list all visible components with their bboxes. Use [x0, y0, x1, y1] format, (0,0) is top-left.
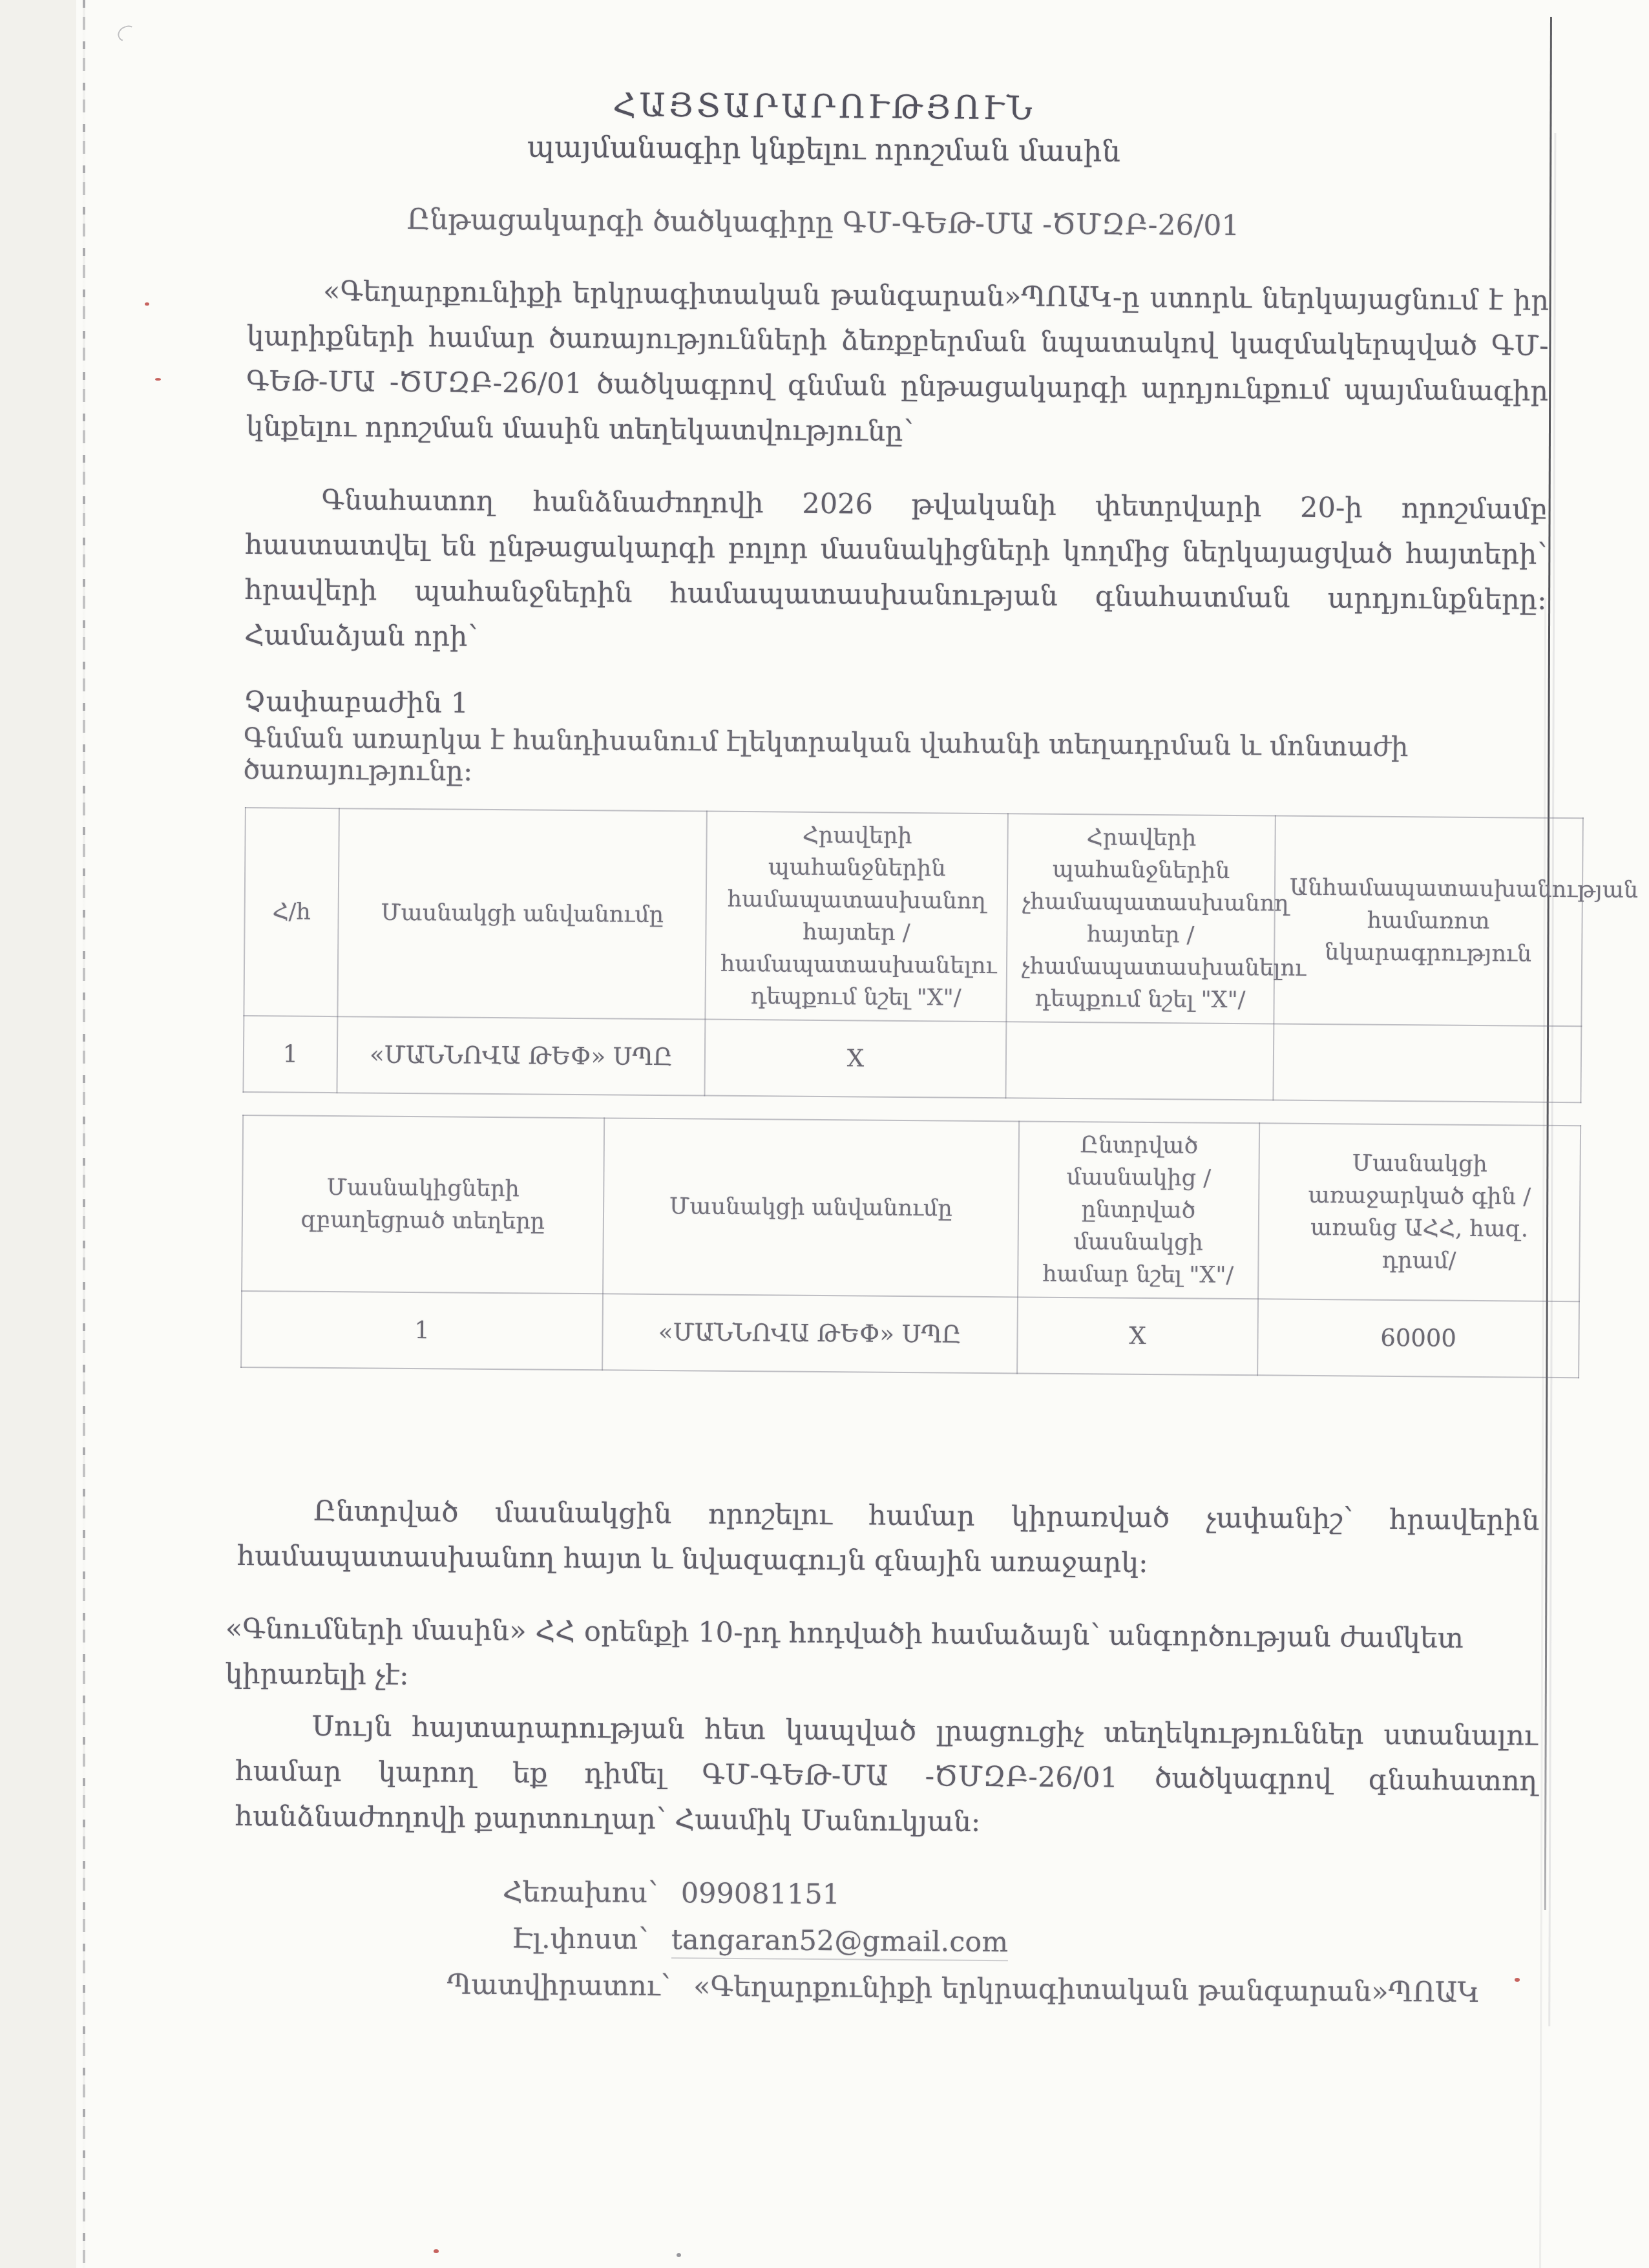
- decision-paragraph: Գնահատող հանձնաժողովի 2026 թվականի փետրվ…: [244, 477, 1548, 668]
- results-cell-participant: «ՄԱՆՆՈՎԱ ԹԵՓ» ՍՊԸ: [602, 1294, 1018, 1373]
- bids-header-participant: Մասնակցի անվանումը: [337, 808, 707, 1019]
- page-subtitle: պայմանագիր կնքելու որոշման մասին: [0, 125, 1648, 173]
- criteria-paragraph: Ընտրված մասնակցին որոշելու համար կիրառվա…: [237, 1488, 1540, 1589]
- email-value: tangaran52@gmail.com: [671, 1924, 1009, 1961]
- results-table: Մասնակիցների զբաղեցրած տեղերը Մասնակցի ա…: [240, 1115, 1581, 1378]
- scan-speck: [677, 2253, 681, 2257]
- bids-header-conforming: Հրավերի պահանջներին համապատասխանող հայտե…: [706, 812, 1008, 1022]
- email-label: Էլ.փոստ՝: [512, 1915, 648, 1963]
- table-row: 1 «ՄԱՆՆՈՎԱ ԹԵՓ» ՍՊԸ X: [243, 1016, 1581, 1102]
- bids-cell-description: [1273, 1024, 1581, 1103]
- table-row: 1 «ՄԱՆՆՈՎԱ ԹԵՓ» ՍՊԸ X 60000: [241, 1291, 1579, 1378]
- results-header-selected: Ընտրված մասնակից /ընտրված մասնակցի համար…: [1018, 1121, 1260, 1299]
- info-paragraph: Սույն հայտարարության հետ կապված լրացուցի…: [235, 1703, 1538, 1849]
- results-cell-price: 60000: [1257, 1299, 1579, 1378]
- results-cell-place: 1: [241, 1291, 603, 1370]
- document-content: ՀԱՅՏԱՐԱՐՈՒԹՅՈՒՆ պայմանագիր կնքելու որոշմ…: [0, 0, 1649, 2017]
- bids-cell-number: 1: [243, 1016, 337, 1093]
- intro-paragraph: «Գեղարքունիքի երկրագիտական թանգարան»ՊՈԱԿ…: [246, 268, 1549, 459]
- lot-description: Գնման առարկա է հանդիսանում էլեկտրական վա…: [243, 722, 1555, 795]
- results-header-participant: Մասնակցի անվանումը: [603, 1118, 1019, 1297]
- bids-cell-participant: «ՄԱՆՆՈՎԱ ԹԵՓ» ՍՊԸ: [337, 1016, 705, 1095]
- phone-value: 099081151: [681, 1877, 841, 1911]
- bids-cell-conforming: X: [705, 1020, 1007, 1098]
- results-table-header-row: Մասնակիցների զբաղեցրած տեղերը Մասնակցի ա…: [242, 1115, 1581, 1301]
- phone-row: Հեռախոս՝099081151: [502, 1869, 1635, 1924]
- customer-label: Պատվիրատու՝: [446, 1962, 670, 2010]
- scanned-document-page: ՀԱՅՏԱՐԱՐՈՒԹՅՈՒՆ պայմանագիր կնքելու որոշմ…: [0, 0, 1649, 2268]
- bids-table-header-row: Հ/հ Մասնակցի անվանումը Հրավերի պահանջներ…: [244, 808, 1582, 1026]
- customer-row: Պատվիրատու՝«Գեղարքունիքի երկրագիտական թա…: [446, 1962, 1634, 2017]
- customer-value: «Գեղարքունիքի երկրագիտական թանգարան»ՊՈԱԿ: [693, 1970, 1480, 2009]
- bids-header-description: Անհամապատասխանության համառոտ նկարագրությ…: [1274, 816, 1583, 1027]
- bids-table: Հ/հ Մասնակցի անվանումը Հրավերի պահանջներ…: [242, 807, 1583, 1103]
- procedure-code-line: Ընթացակարգի ծածկագիրը ԳՄ-ԳԵԹ-ՄԱ -ԾՄԶԲ-26…: [0, 200, 1648, 246]
- bids-header-nonconforming: Հրավերի պահանջներին չհամապատասխանող հայտ…: [1006, 814, 1276, 1024]
- bids-header-number: Հ/հ: [244, 808, 339, 1016]
- lot-heading: Չափաբաժին 1: [244, 686, 1644, 729]
- scan-speck: [434, 2249, 439, 2253]
- bids-cell-nonconforming: [1005, 1022, 1274, 1100]
- results-header-price: Մասնակցի առաջարկած գին /առանց ԱՀՀ, հազ. …: [1258, 1123, 1581, 1301]
- email-row: Էլ.փոստ՝tangaran52@gmail.com: [512, 1915, 1635, 1971]
- phone-label: Հեռախոս՝: [502, 1869, 658, 1916]
- results-cell-selected: X: [1017, 1297, 1259, 1375]
- results-header-place: Մասնակիցների զբաղեցրած տեղերը: [242, 1115, 604, 1294]
- standstill-paragraph: «Գնումների մասին» ՀՀ օրենքի 10-րդ հոդված…: [225, 1606, 1544, 1707]
- page-title: ՀԱՅՏԱՐԱՐՈՒԹՅՈՒՆ: [0, 0, 1649, 132]
